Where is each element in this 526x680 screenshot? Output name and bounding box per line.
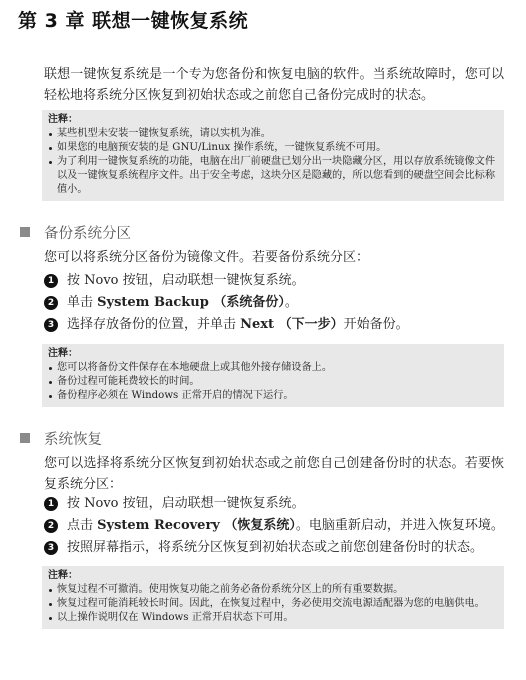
- section-heading-backup: 备份系统分区: [20, 222, 131, 243]
- restore-step-2: 2点击 System Recovery （恢复系统）。电脑重新启动，并进入恢复环…: [44, 516, 514, 536]
- chapter-title: 第 3 章 联想一键恢复系统: [18, 6, 248, 33]
- step-number-icon: 1: [44, 497, 58, 511]
- backup-intro: 您可以将系统分区备份为镜像文件。若要备份系统分区：: [44, 247, 504, 268]
- note-box-general: 注释： 某些机型未安装一键恢复系统，请以实机为准。 如果您的电脑预安装的是 GN…: [42, 110, 504, 201]
- intro-paragraph: 联想一键恢复系统是一个专为您备份和恢复电脑的软件。当系统故障时，您可以轻松地将系…: [44, 64, 504, 106]
- step-number-icon: 3: [44, 541, 58, 555]
- note-title: 注释：: [48, 113, 498, 127]
- note-title: 注释：: [48, 569, 498, 583]
- backup-step-3: 3选择存放备份的位置，并单击 Next （下一步）开始备份。: [44, 315, 514, 335]
- note-item: 为了利用一键恢复系统的功能，电脑在出厂前硬盘已划分出一块隐藏分区，用以存放系统镜…: [48, 155, 498, 197]
- step-number-icon: 2: [44, 519, 58, 533]
- backup-step-2: 2单击 System Backup （系统备份）。: [44, 293, 514, 313]
- step-number-icon: 1: [44, 274, 58, 288]
- note-item: 某些机型未安装一键恢复系统，请以实机为准。: [48, 127, 498, 141]
- section-heading-text: 系统恢复: [44, 432, 102, 448]
- step-number-icon: 3: [44, 318, 58, 332]
- note-box-restore: 注释： 恢复过程不可撤消。使用恢复功能之前务必备份系统分区上的所有重要数据。 恢…: [42, 566, 504, 629]
- step-number-icon: 2: [44, 296, 58, 310]
- note-box-backup: 注释： 您可以将备份文件保存在本地硬盘上或其他外接存储设备上。 备份过程可能耗费…: [42, 344, 504, 407]
- restore-step-1: 1按 Novo 按钮，启动联想一键恢复系统。: [44, 494, 514, 514]
- backup-step-1: 1按 Novo 按钮，启动联想一键恢复系统。: [44, 271, 514, 291]
- section-heading-text: 备份系统分区: [44, 226, 131, 242]
- square-bullet-icon: [20, 227, 30, 237]
- restore-intro: 您可以选择将系统分区恢复到初始状态或之前您自己创建备份时的状态。若要恢复系统分区…: [44, 453, 504, 495]
- note-item: 恢复过程不可撤消。使用恢复功能之前务必备份系统分区上的所有重要数据。: [48, 583, 498, 597]
- note-title: 注释：: [48, 347, 498, 361]
- note-item: 如果您的电脑预安装的是 GNU/Linux 操作系统，一键恢复系统不可用。: [48, 141, 498, 155]
- section-heading-restore: 系统恢复: [20, 428, 102, 449]
- note-item: 恢复过程可能消耗较长时间。因此，在恢复过程中，务必使用交流电源适配器为您的电脑供…: [48, 597, 498, 611]
- restore-step-3: 3按照屏幕指示，将系统分区恢复到初始状态或之前您创建备份时的状态。: [44, 538, 514, 558]
- square-bullet-icon: [20, 433, 30, 443]
- note-item: 备份过程可能耗费较长的时间。: [48, 375, 498, 389]
- note-item: 以上操作说明仅在 Windows 正常开启状态下可用。: [48, 611, 498, 625]
- note-item: 备份程序必须在 Windows 正常开启的情况下运行。: [48, 389, 498, 403]
- note-item: 您可以将备份文件保存在本地硬盘上或其他外接存储设备上。: [48, 361, 498, 375]
